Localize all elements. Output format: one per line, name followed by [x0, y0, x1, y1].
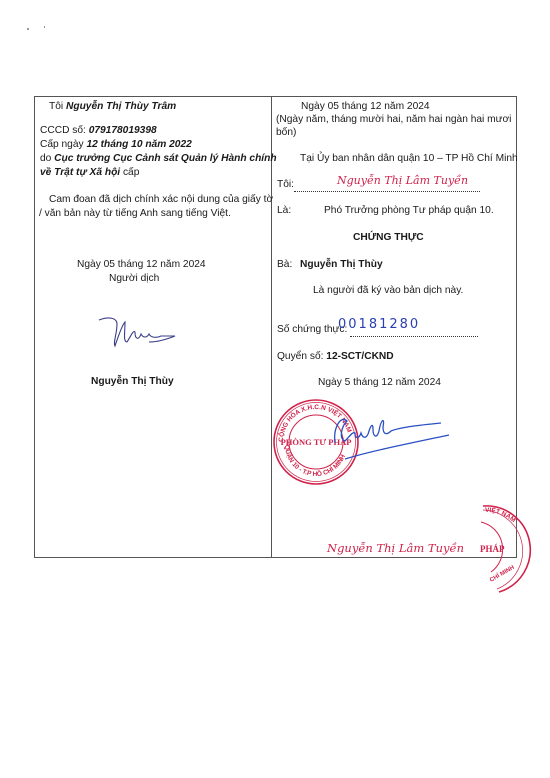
- scan-speck: [27, 28, 29, 30]
- position-value: Phó Trưởng phòng Tư pháp quận 10.: [324, 204, 494, 217]
- cert-date: Ngày 5 tháng 12 năm 2024: [318, 376, 441, 389]
- id-label: CCCD số:: [40, 125, 89, 136]
- cert-number: 00181280: [338, 317, 420, 332]
- declarant-prefix: Tôi: [49, 101, 66, 112]
- date-in-words-cont: bốn): [276, 126, 296, 139]
- issuer-line-1: do Cục trưởng Cục Cảnh sát Quản lý Hành …: [40, 152, 277, 165]
- issuer-name: Cục trưởng Cục Cảnh sát Quản lý Hành chí…: [54, 153, 276, 164]
- id-number: 079178019398: [89, 125, 157, 136]
- column-divider: [271, 97, 272, 557]
- svg-text:PHÁP: PHÁP: [480, 544, 505, 554]
- date-in-words: (Ngày năm, tháng mười hai, năm hai ngàn …: [276, 113, 511, 126]
- issuer-prefix: do: [40, 153, 54, 164]
- issuer-name-cont: về Trật tự Xã hội: [40, 167, 120, 178]
- declarant-name: Nguyễn Thị Thùy Trâm: [66, 101, 176, 112]
- id-line: CCCD số: 079178019398: [40, 124, 157, 137]
- officer-signature-bottom: Nguyễn Thị Lâm Tuyền: [327, 541, 464, 555]
- person-name: Nguyễn Thị Thùy: [300, 258, 383, 271]
- scan-speck: [44, 26, 45, 28]
- book-line: Quyển số: 12-SCT/CKND: [277, 350, 394, 363]
- person-label: Bà:: [277, 258, 292, 271]
- commitment-text: Cam đoan đã dịch chính xác nội dung của …: [49, 193, 273, 206]
- issuer-line-2: về Trật tự Xã hội cấp: [40, 166, 139, 179]
- declarant-line: Tôi Nguyễn Thị Thùy Trâm: [49, 100, 176, 113]
- book-label: Quyển số:: [277, 351, 326, 362]
- officer-signature: Nguyễn Thị Lâm Tuyền: [337, 174, 468, 187]
- officer-handwritten-signature: [331, 407, 451, 467]
- book-number: 12-SCT/CKND: [326, 351, 393, 362]
- commitment-text-cont: / văn bản này từ tiếng Anh sang tiếng Vi…: [39, 207, 231, 220]
- issued-prefix: Cấp ngày: [40, 139, 86, 150]
- translator-role: Người dịch: [109, 272, 159, 285]
- translator-signature: [95, 312, 185, 352]
- person-statement: Là người đã ký vào bản dịch này.: [313, 284, 463, 297]
- issuer-suffix: cấp: [120, 167, 139, 178]
- svg-text:CHÍ MINH: CHÍ MINH: [488, 563, 516, 584]
- partial-stamp: VIỆT NAM CHÍ MINH PHÁP: [465, 500, 550, 595]
- cert-place: Tại Ủy ban nhân dân quận 10 – TP Hồ Chí …: [300, 152, 518, 165]
- officer-label: Tôi:: [277, 179, 294, 190]
- translator-name: Nguyễn Thị Thùy: [91, 375, 174, 388]
- translator-date: Ngày 05 tháng 12 năm 2024: [77, 258, 206, 271]
- certification-table: Tôi Nguyễn Thị Thùy Trâm CCCD số: 079178…: [34, 96, 517, 558]
- position-label: Là:: [277, 204, 291, 217]
- issued-date: 12 tháng 10 năm 2022: [86, 139, 191, 150]
- cert-header-date: Ngày 05 tháng 12 năm 2024: [301, 100, 430, 113]
- issued-line: Cấp ngày 12 tháng 10 năm 2022: [40, 138, 192, 151]
- cert-heading: CHỨNG THỰC: [353, 231, 424, 244]
